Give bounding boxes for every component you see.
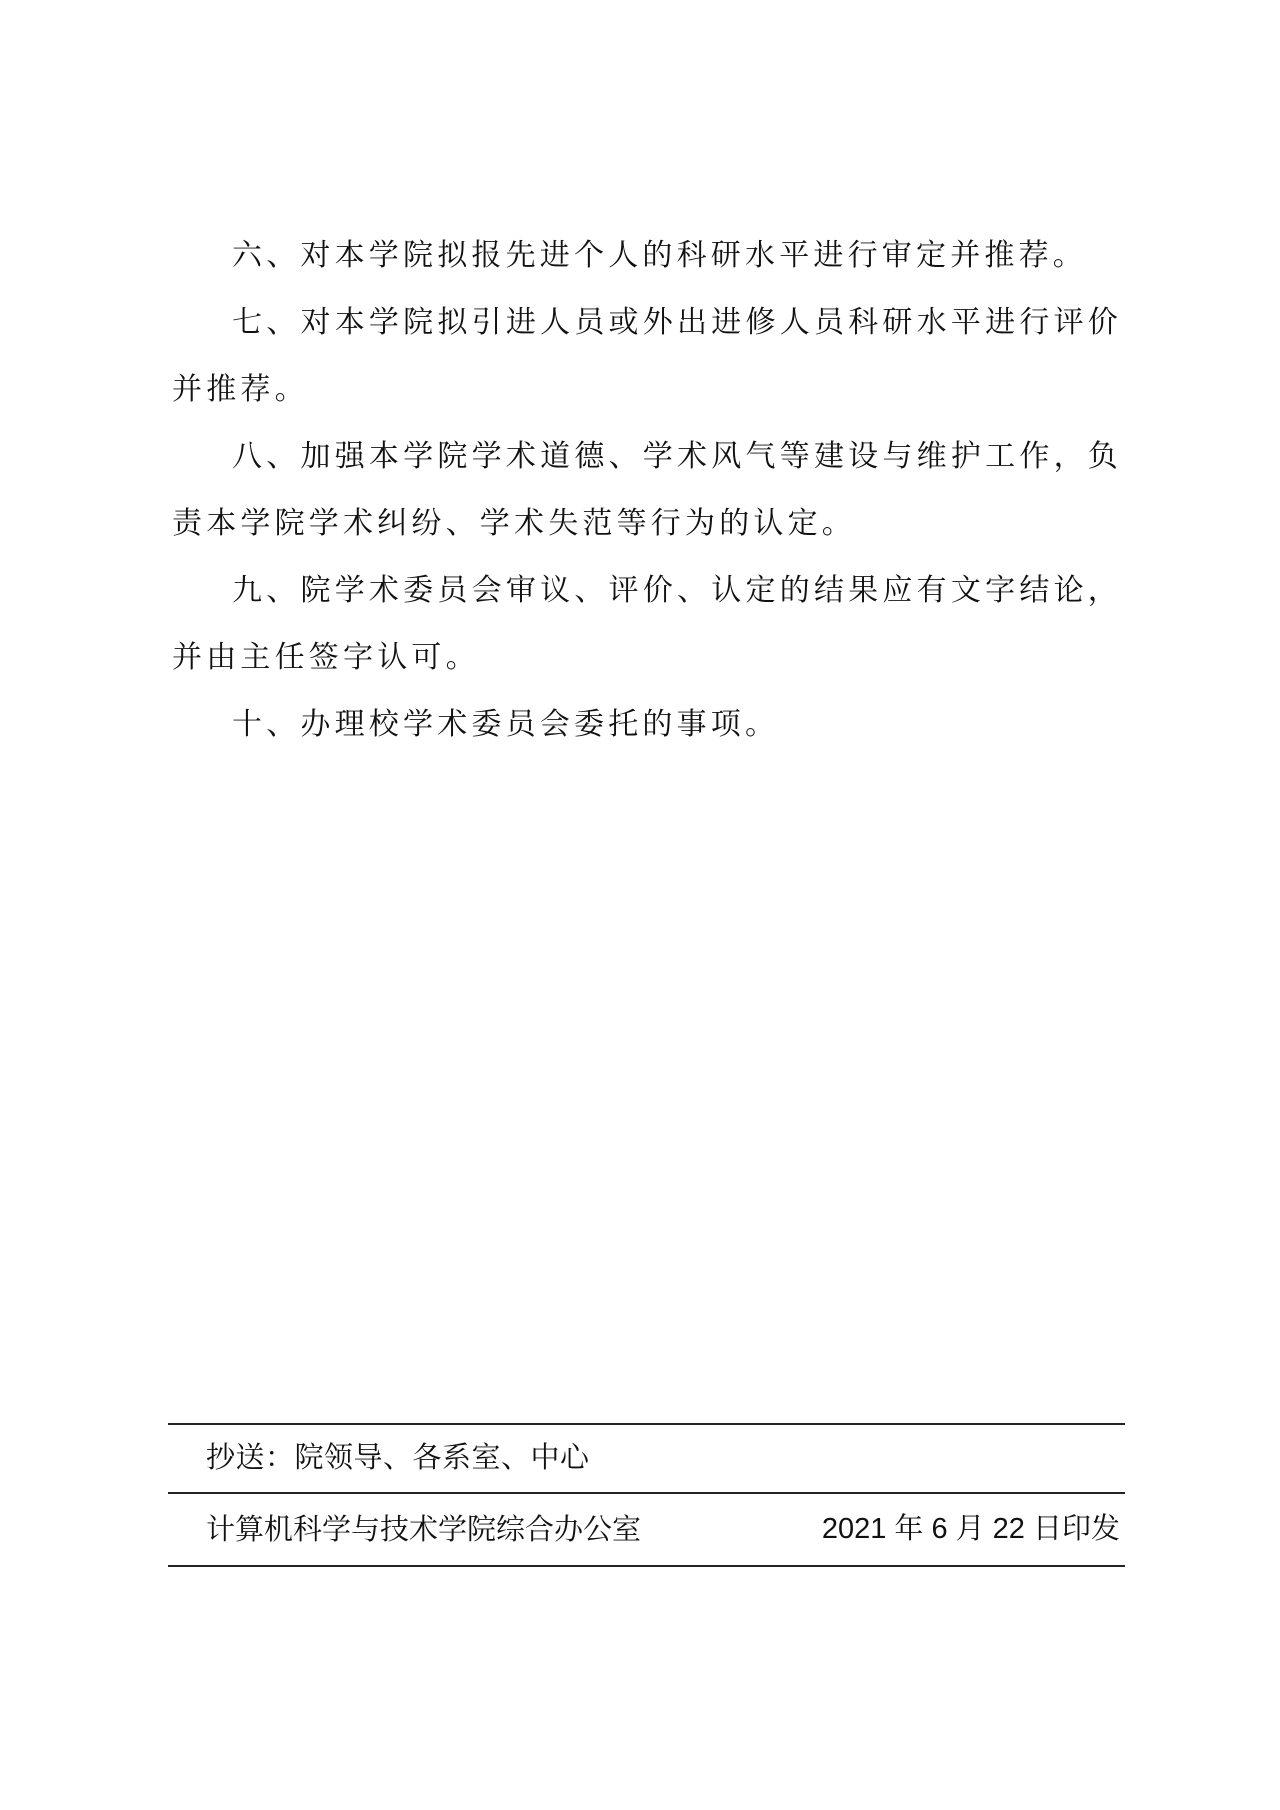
footer-top-divider [168,1423,1125,1425]
clause-6: 六、对本学院拟报先进个人的科研水平进行审定并推荐。 [172,222,1122,289]
footer-bottom-divider [168,1565,1125,1567]
clause-9: 九、院学术委员会审议、评价、认定的结果应有文字结论，并由主任签字认可。 [172,557,1122,691]
issuer-row: 计算机科学与技术学院综合办公室 2021 年 6 月 22 日印发 [206,1508,1120,1550]
document-body: 六、对本学院拟报先进个人的科研水平进行审定并推荐。 七、对本学院拟引进人员或外出… [172,222,1122,758]
clause-7: 七、对本学院拟引进人员或外出进修人员科研水平进行评价并推荐。 [172,289,1122,423]
issue-date: 2021 年 6 月 22 日印发 [822,1508,1120,1550]
cc-recipients: 抄送：院领导、各系室、中心 [206,1437,590,1477]
issuing-office: 计算机科学与技术学院综合办公室 [206,1508,641,1550]
clause-10: 十、办理校学术委员会委托的事项。 [172,691,1122,758]
document-page: 六、对本学院拟报先进个人的科研水平进行审定并推荐。 七、对本学院拟引进人员或外出… [0,0,1280,1810]
footer-middle-divider [168,1492,1125,1494]
clause-8: 八、加强本学院学术道德、学术风气等建设与维护工作，负责本学院学术纠纷、学术失范等… [172,423,1122,557]
